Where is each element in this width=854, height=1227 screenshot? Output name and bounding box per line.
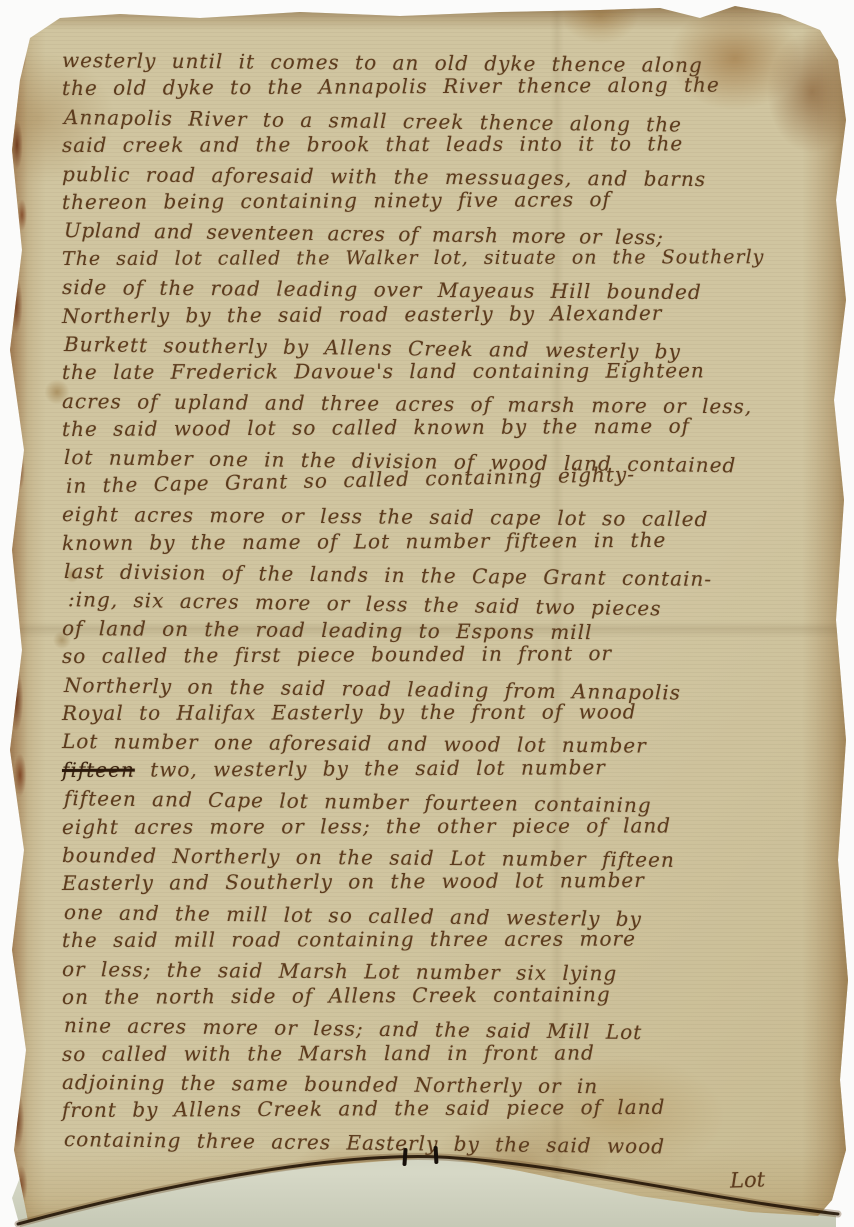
- manuscript-line: so called with the Marsh land in front a…: [62, 1038, 822, 1068]
- manuscript-line: so called the first piece bounded in fro…: [62, 638, 822, 670]
- manuscript-line: known by the name of Lot number fifteen …: [62, 525, 822, 557]
- manuscript-line: thereon being containing ninety five acr…: [62, 184, 822, 216]
- manuscript-line: Easterly and Southerly on the wood lot n…: [62, 865, 822, 897]
- manuscript-line: on the north side of Allens Creek contai…: [62, 979, 822, 1011]
- manuscript-line: said creek and the brook that leads into…: [62, 129, 822, 159]
- manuscript-line: the late Frederick Davoue's land contain…: [62, 356, 822, 386]
- manuscript-line: the said mill road containing three acre…: [62, 924, 822, 954]
- binding-remnants: [4, 0, 38, 1227]
- catchword: Lot: [730, 1167, 766, 1192]
- manuscript-line: Royal to Halifax Easterly by the front o…: [62, 697, 822, 727]
- manuscript-line: the old dyke to the Annapolis River then…: [62, 70, 822, 102]
- manuscript-line: Northerly by the said road easterly by A…: [62, 298, 822, 330]
- manuscript-page: westerly until it comes to an old dyke t…: [0, 0, 854, 1227]
- struck-word: fifteen: [62, 757, 135, 781]
- manuscript-line: front by Allens Creek and the said piece…: [62, 1092, 822, 1124]
- manuscript-line: fifteen two, westerly by the said lot nu…: [62, 752, 822, 784]
- stitch-mark: [434, 1146, 439, 1164]
- manuscript-line: The said lot called the Walker lot, situ…: [62, 243, 822, 273]
- manuscript-line: containing three acres Easterly by the s…: [64, 1125, 824, 1163]
- manuscript-line: eight acres more or less; the other piec…: [62, 811, 822, 841]
- scanned-manuscript: westerly until it comes to an old dyke t…: [0, 0, 854, 1227]
- manuscript-line: the said wood lot so called known by the…: [62, 411, 822, 443]
- manuscript-text: westerly until it comes to an old dyke t…: [62, 46, 822, 1153]
